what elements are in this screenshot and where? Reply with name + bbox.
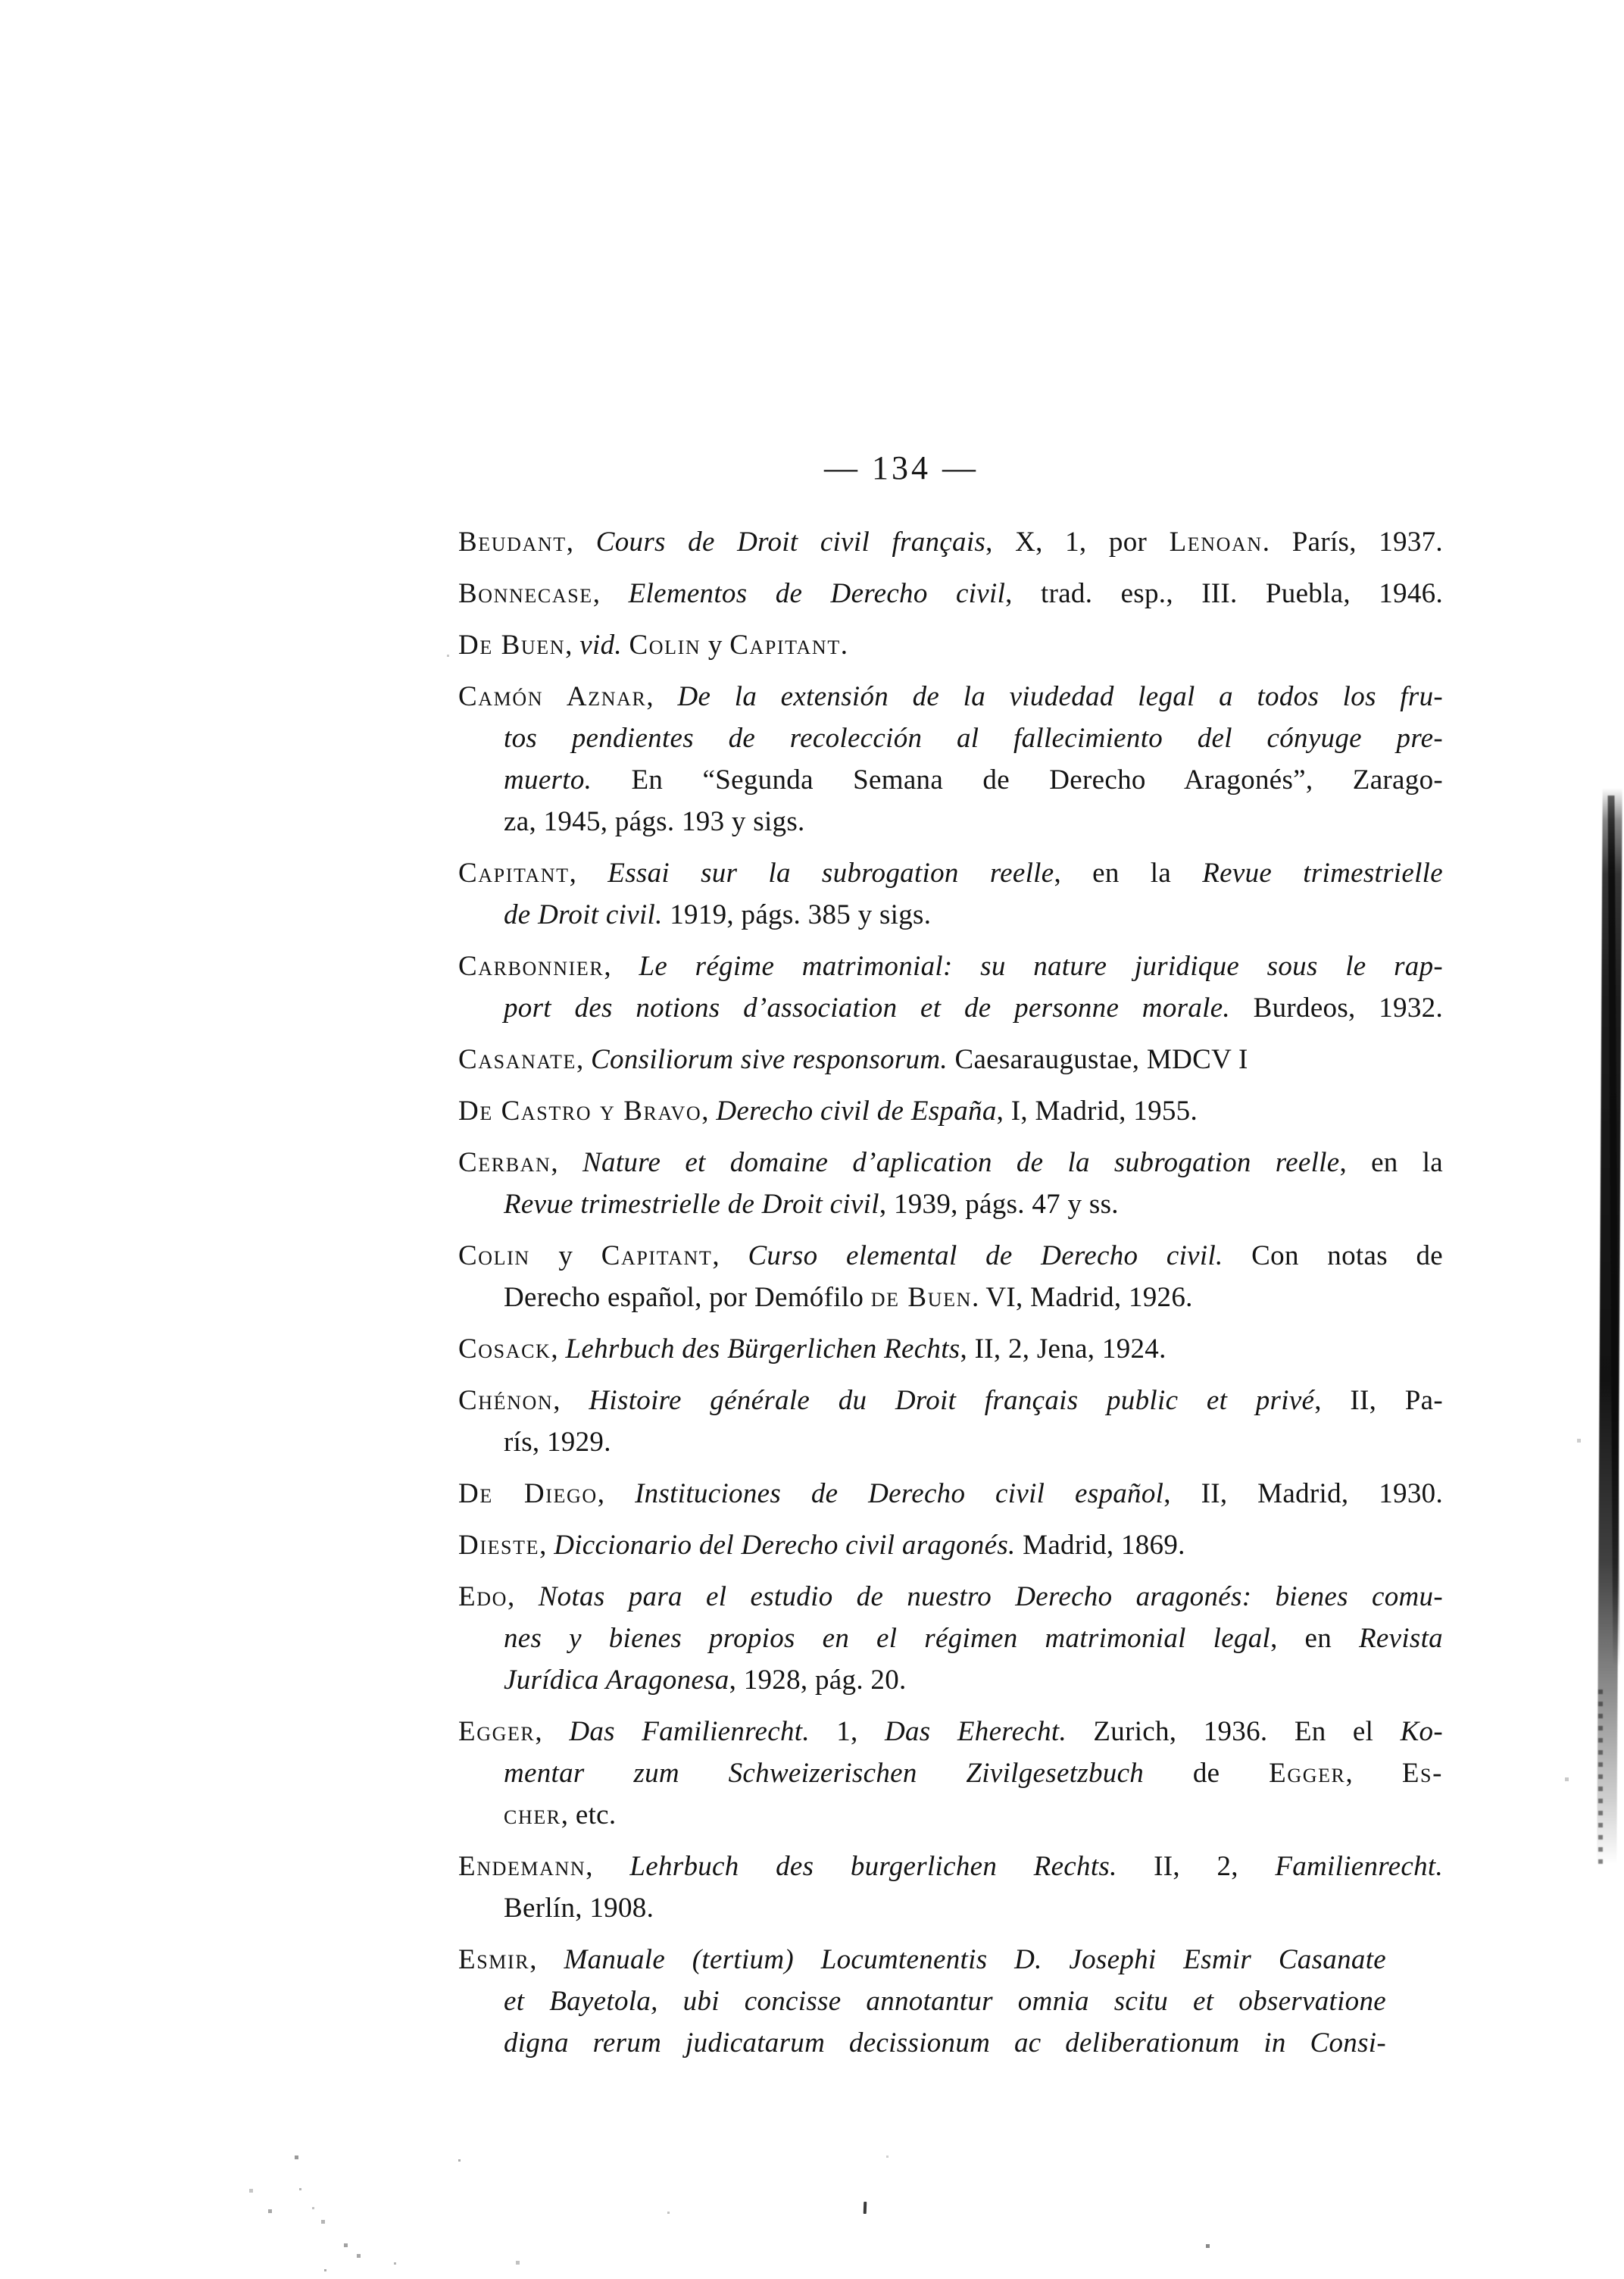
entry-text: ,	[507, 1581, 539, 1612]
entry-text: ,	[551, 1333, 565, 1365]
work-title: Diccionario del Derecho civil aragonés.	[554, 1530, 1015, 1561]
entry-text: , I, Madrid, 1955.	[997, 1096, 1198, 1127]
entry-line: Derecho español, por Demófilo de Buen. V…	[458, 1277, 1443, 1318]
bibliography-entry: Camón Aznar, De la extensión de la viude…	[458, 676, 1443, 843]
work-title: muerto.	[504, 764, 592, 796]
entry-text: Derecho español, por Demófilo	[504, 1282, 871, 1313]
entry-line: rís, 1929.	[458, 1421, 1443, 1463]
author-name: Cosack	[458, 1333, 551, 1365]
work-title: Ko-	[1401, 1716, 1443, 1747]
author-name: De Castro y Bravo	[458, 1096, 701, 1127]
author-name: Bonnecase	[458, 578, 593, 609]
bibliography-entry: De Buen, vid. Colin y Capitant.	[458, 624, 1443, 666]
entry-line: Colin y Capitant, Curso elemental de Der…	[458, 1235, 1443, 1277]
scan-noise-tick	[864, 2202, 867, 2214]
entry-text: ,	[712, 1240, 748, 1271]
author-name: de Buen	[871, 1282, 972, 1313]
entry-text: En “Segunda Semana de Derecho Aragonés”,…	[592, 764, 1443, 796]
entry-text: , en la	[1054, 858, 1202, 889]
entry-line: za, 1945, págs. 193 y sigs.	[458, 801, 1443, 843]
bibliography-entry: Egger, Das Familienrecht. 1, Das Eherech…	[458, 1711, 1443, 1836]
entry-line: mentar zum Schweizerischen Zivilgesetzbu…	[458, 1752, 1443, 1794]
entry-text: ,	[553, 1385, 589, 1416]
entry-line: Cerban, Nature et domaine d’aplication d…	[458, 1142, 1443, 1183]
bibliography-entry: Chénon, Histoire générale du Droit franç…	[458, 1380, 1443, 1463]
work-title: tos pendientes de recolección al falleci…	[504, 723, 1443, 754]
author-name: Colin	[458, 1240, 530, 1271]
work-title: Revue trimestrielle de Droit civil	[504, 1189, 879, 1220]
bibliography-list: Beudant, Cours de Droit civil français, …	[458, 521, 1443, 2064]
bibliography-entry: Esmir, Manuale (tertium) Locumtenentis D…	[458, 1939, 1443, 2064]
bibliography-entry: Edo, Notas para el estudio de nuestro De…	[458, 1576, 1443, 1701]
scanned-book-page: — 134 — Beudant, Cours de Droit civil fr…	[0, 0, 1624, 2279]
entry-line: Esmir, Manuale (tertium) Locumtenentis D…	[458, 1939, 1386, 1980]
entry-line: De Diego, Instituciones de Derecho civil…	[458, 1473, 1443, 1515]
entry-line: Casanate, Consiliorum sive responsorum. …	[458, 1039, 1443, 1080]
entry-text: 1919, págs. 385 y sigs.	[663, 899, 932, 930]
work-title: Instituciones de Derecho civil español	[635, 1478, 1163, 1509]
entry-text: . París, 1937.	[1263, 527, 1443, 558]
entry-text: ,	[570, 858, 608, 889]
work-title: nes y bienes propios en el régimen matri…	[504, 1623, 1270, 1654]
entry-text: y	[701, 630, 729, 661]
entry-text: 1,	[810, 1716, 885, 1747]
entry-text: ,	[598, 1478, 635, 1509]
author-name: Lenoan	[1170, 527, 1263, 558]
work-title: Manuale (tertium) Locumtenentis D. Josep…	[564, 1944, 1386, 1975]
author-name: Beudant	[458, 527, 567, 558]
bibliography-entry: Dieste, Diccionario del Derecho civil ar…	[458, 1524, 1443, 1566]
entry-text: , en la	[1339, 1147, 1443, 1178]
entry-line: De Buen, vid. Colin y Capitant.	[458, 624, 1443, 666]
entry-line: Jurídica Aragonesa, 1928, pág. 20.	[458, 1659, 1443, 1701]
work-title: Revue trimestrielle	[1202, 858, 1443, 889]
author-name: De Diego	[458, 1478, 598, 1509]
entry-line: De Castro y Bravo, Derecho civil de Espa…	[458, 1090, 1443, 1132]
entry-line: port des notions d’association et de per…	[458, 987, 1443, 1029]
work-title: Das Familienrecht.	[569, 1716, 810, 1747]
entry-line: Edo, Notas para el estudio de nuestro De…	[458, 1576, 1443, 1618]
bibliography-entry: De Castro y Bravo, Derecho civil de Espa…	[458, 1090, 1443, 1132]
bibliography-entry: Capitant, Essai sur la subrogation reell…	[458, 852, 1443, 936]
entry-text: II, 2,	[1117, 1851, 1276, 1882]
entry-text: , en	[1270, 1623, 1359, 1654]
entry-text: , II, Pa-	[1314, 1385, 1443, 1416]
author-name: Colin	[629, 630, 701, 661]
author-name: Carbonnier	[458, 951, 604, 982]
entry-text: ,	[529, 1944, 564, 1975]
work-title: et Bayetola, ubi concisse annotantur omn…	[504, 1986, 1386, 2017]
entry-line: Endemann, Lehrbuch des burgerlichen Rech…	[458, 1846, 1443, 1887]
author-name: Dieste	[458, 1530, 539, 1561]
scan-artifact-line-tail	[1598, 1690, 1603, 1871]
work-title: Histoire générale du Droit français publ…	[589, 1385, 1314, 1416]
entry-text: , etc.	[561, 1799, 617, 1830]
bibliography-entry: Beudant, Cours de Droit civil français, …	[458, 521, 1443, 563]
entry-text: , 1928, pág. 20.	[729, 1665, 907, 1696]
author-name: Endemann	[458, 1851, 586, 1882]
work-title: Jurídica Aragonesa	[504, 1665, 729, 1696]
entry-text: ,	[567, 527, 596, 558]
entry-text: ,	[604, 951, 639, 982]
entry-line: de Droit civil. 1919, págs. 385 y sigs.	[458, 894, 1443, 936]
work-title: Derecho civil de España	[716, 1096, 996, 1127]
work-title: De la extensión de la viudedad legal a t…	[678, 681, 1444, 712]
entry-text: , 1939, págs. 47 y ss.	[879, 1189, 1119, 1220]
work-title: Familienrecht.	[1275, 1851, 1443, 1882]
entry-text: y	[530, 1240, 601, 1271]
entry-line: Bonnecase, Elementos de Derecho civil, t…	[458, 573, 1443, 614]
entry-line: Beudant, Cours de Droit civil français, …	[458, 521, 1443, 563]
entry-text: , trad. esp., III. Puebla, 1946.	[1005, 578, 1443, 609]
entry-text	[622, 630, 629, 661]
entry-line: Revue trimestrielle de Droit civil, 1939…	[458, 1183, 1443, 1225]
bibliography-entry: Carbonnier, Le régime matrimonial: su na…	[458, 946, 1443, 1029]
entry-text: ,	[551, 1147, 582, 1178]
entry-line: Dieste, Diccionario del Derecho civil ar…	[458, 1524, 1443, 1566]
entry-line: Cosack, Lehrbuch des Bürgerlichen Rechts…	[458, 1328, 1443, 1370]
entry-line: muerto. En “Segunda Semana de Derecho Ar…	[458, 759, 1443, 801]
entry-text: . VI, Madrid, 1926.	[972, 1282, 1193, 1313]
entry-text: , II, 2, Jena, 1924.	[960, 1333, 1166, 1365]
entry-text: ,	[701, 1096, 716, 1127]
bibliography-entry: De Diego, Instituciones de Derecho civil…	[458, 1473, 1443, 1515]
author-name: Esmir	[458, 1944, 529, 1975]
work-title: Elementos de Derecho civil	[629, 578, 1006, 609]
author-name: cher	[504, 1799, 561, 1830]
page-number-text: — 134 —	[824, 449, 979, 486]
work-title: Cours de Droit civil français	[596, 527, 985, 558]
author-name: Cerban	[458, 1147, 551, 1178]
author-name: Chénon	[458, 1385, 553, 1416]
entry-text: Berlín, 1908.	[504, 1893, 654, 1924]
work-title: Notas para el estudio de nuestro Derecho…	[539, 1581, 1443, 1612]
author-name: Edo	[458, 1581, 507, 1612]
work-title: digna rerum judicatarum decissionum ac d…	[504, 2027, 1386, 2059]
author-name: Camón Aznar	[458, 681, 646, 712]
entry-line: Berlín, 1908.	[458, 1887, 1443, 1929]
bibliography-entry: Bonnecase, Elementos de Derecho civil, t…	[458, 573, 1443, 614]
work-title: Le régime matrimonial: su nature juridiq…	[639, 951, 1443, 982]
entry-text: ,	[646, 681, 677, 712]
entry-text: Burdeos, 1932.	[1230, 993, 1443, 1024]
bibliography-entry: Endemann, Lehrbuch des burgerlichen Rech…	[458, 1846, 1443, 1929]
work-title: Lehrbuch des burgerlichen Rechts.	[629, 1851, 1116, 1882]
entry-text: de	[1144, 1758, 1269, 1789]
work-title: Essai sur la subrogation reelle	[607, 858, 1054, 889]
entry-text: .	[841, 630, 848, 661]
author-name: Capitant	[601, 1240, 713, 1271]
author-name: Capitant	[458, 858, 570, 889]
scan-noise-speckles	[0, 0, 2, 2]
author-name: Egger	[1269, 1758, 1345, 1789]
work-title: vid.	[579, 630, 622, 661]
work-title: Curso elemental de Derecho civil.	[748, 1240, 1223, 1271]
work-title: Consiliorum sive responsorum.	[591, 1044, 948, 1075]
entry-text: Zurich, 1936. En el	[1067, 1716, 1401, 1747]
work-title: Das Eherecht.	[885, 1716, 1067, 1747]
entry-line: tos pendientes de recolección al falleci…	[458, 717, 1443, 759]
bibliography-entry: Casanate, Consiliorum sive responsorum. …	[458, 1039, 1443, 1080]
author-name: Casanate	[458, 1044, 576, 1075]
entry-text: , II, Madrid, 1930.	[1163, 1478, 1443, 1509]
author-name: Egger	[458, 1716, 535, 1747]
entry-text: ,	[539, 1530, 554, 1561]
author-name: De Buen	[458, 630, 565, 661]
entry-line: cher, etc.	[458, 1794, 1443, 1836]
entry-line: digna rerum judicatarum decissionum ac d…	[458, 2022, 1386, 2064]
entry-line: et Bayetola, ubi concisse annotantur omn…	[458, 1980, 1386, 2022]
page-number: — 134 —	[0, 450, 1624, 486]
entry-text: ,	[576, 1044, 591, 1075]
bibliography-entry: Cerban, Nature et domaine d’aplication d…	[458, 1142, 1443, 1225]
entry-text: rís, 1929.	[504, 1427, 611, 1458]
entry-line: Carbonnier, Le régime matrimonial: su na…	[458, 946, 1443, 987]
work-title: Lehrbuch des Bürgerlichen Rechts	[566, 1333, 960, 1365]
entry-text: Con notas de	[1223, 1240, 1443, 1271]
bibliography-entry: Colin y Capitant, Curso elemental de Der…	[458, 1235, 1443, 1318]
entry-line: Camón Aznar, De la extensión de la viude…	[458, 676, 1443, 717]
entry-line: nes y bienes propios en el régimen matri…	[458, 1618, 1443, 1659]
entry-text: Madrid, 1869.	[1016, 1530, 1185, 1561]
entry-text: ,	[565, 630, 579, 661]
entry-text: , X, 1, por	[985, 527, 1169, 558]
bibliography-entry: Cosack, Lehrbuch des Bürgerlichen Rechts…	[458, 1328, 1443, 1370]
entry-line: Egger, Das Familienrecht. 1, Das Eherech…	[458, 1711, 1443, 1752]
entry-text: ,	[593, 578, 629, 609]
work-title: Nature et domaine d’aplication de la sub…	[582, 1147, 1339, 1178]
entry-text: ,	[1346, 1758, 1402, 1789]
work-title: mentar zum Schweizerischen Zivilgesetzbu…	[504, 1758, 1144, 1789]
author-name: Es-	[1402, 1758, 1443, 1789]
entry-text: ,	[586, 1851, 629, 1882]
work-title: de Droit civil.	[504, 899, 663, 930]
entry-text: ,	[535, 1716, 569, 1747]
work-title: Revista	[1359, 1623, 1443, 1654]
entry-text: za, 1945, págs. 193 y sigs.	[504, 806, 805, 837]
author-name: Capitant	[729, 630, 841, 661]
entry-text: Caesaraugustae, MDCV I	[948, 1044, 1248, 1075]
work-title: port des notions d’association et de per…	[504, 993, 1230, 1024]
entry-line: Chénon, Histoire générale du Droit franç…	[458, 1380, 1443, 1421]
entry-line: Capitant, Essai sur la subrogation reell…	[458, 852, 1443, 894]
